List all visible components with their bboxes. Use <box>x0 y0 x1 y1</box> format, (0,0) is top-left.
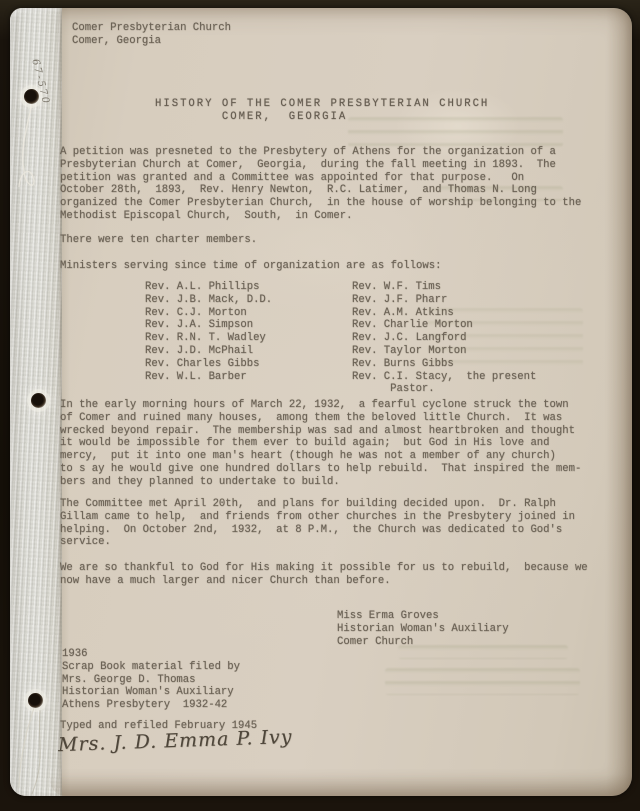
filing-note-block: 1936 Scrap Book material filed by Mrs. G… <box>62 648 240 712</box>
ghost-bleedthrough-text <box>385 668 580 695</box>
attribution-block: Miss Erma Groves Historian Woman's Auxil… <box>337 610 509 648</box>
paragraph-committee: The Committee met April 20th, and plans … <box>60 498 575 549</box>
punch-hole-middle <box>31 393 46 408</box>
letterhead: Comer Presbyterian Church Comer, Georgia <box>72 22 231 48</box>
ministers-column-right: Rev. W.F. Tims Rev. J.F. Pharr Rev. A.M.… <box>352 281 536 396</box>
ministers-intro: Ministers serving since time of organiza… <box>60 260 441 273</box>
document-page: 67-570 Comer Presbyterian Church Comer, … <box>10 8 632 796</box>
charter-members-line: There were ten charter members. <box>60 234 257 247</box>
document-title: HISTORY OF THE COMER PRESBYTERIAN CHURCH… <box>155 98 489 124</box>
punch-hole-bottom <box>28 693 43 708</box>
paragraph-cyclone: In the early morning hours of March 22, … <box>60 399 581 489</box>
scanned-archive-photo: { "document": { "archive_number": "67-57… <box>0 0 640 811</box>
page-edge-shadow <box>606 8 632 796</box>
page-bottom-shadow <box>50 774 632 796</box>
paragraph-petition: A petition was presneted to the Presbyte… <box>60 146 581 223</box>
paragraph-thankful: We are so thankful to God for His making… <box>60 562 588 588</box>
ministers-column-left: Rev. A.L. Phillips Rev. J.B. Mack, D.D. … <box>145 281 272 383</box>
